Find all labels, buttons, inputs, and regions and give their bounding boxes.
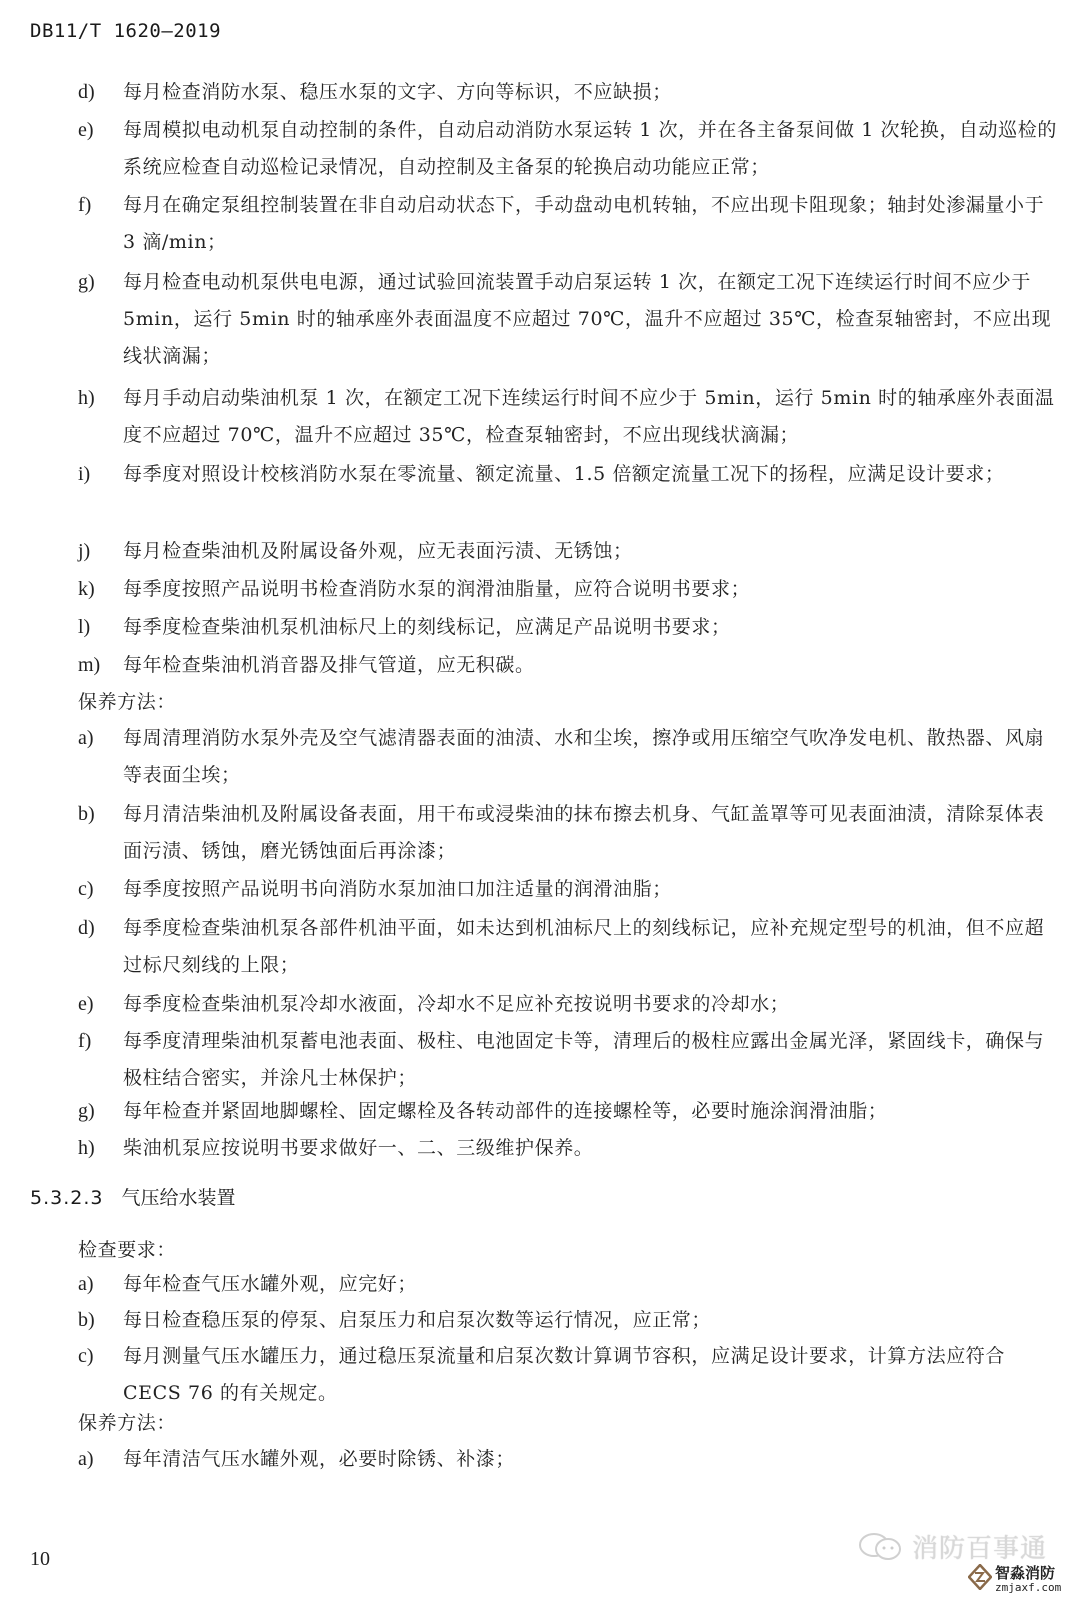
list-item: g) 每月检查电动机泵供电电源，通过试验回流装置手动启泵运转 1 次，在额定工况…: [78, 264, 1058, 375]
item-text: 柴油机泵应按说明书要求做好一、二、三级维护保养。: [123, 1130, 1058, 1167]
brand-logo-icon: [968, 1564, 992, 1594]
standard-code-header: DB11/T 1620—2019: [30, 20, 221, 42]
item-label: f): [78, 187, 118, 224]
item-label: d): [78, 74, 118, 111]
maintenance-heading: 保养方法：: [78, 1405, 176, 1442]
brand-url: zmjaxf.com: [995, 1581, 1061, 1594]
item-label: e): [78, 112, 118, 149]
item-text: 每季度按照产品说明书向消防水泵加油口加注适量的润滑油脂；: [123, 871, 1058, 908]
section-heading: 5.3.2.3气压给水装置: [30, 1183, 236, 1210]
item-text: 每季度检查柴油机泵冷却水液面，冷却水不足应补充按说明书要求的冷却水；: [123, 986, 1058, 1023]
item-text: 每年检查并紧固地脚螺栓、固定螺栓及各转动部件的连接螺栓等，必要时施涂润滑油脂；: [123, 1093, 1058, 1130]
item-label: a): [78, 1266, 118, 1303]
item-text: 每年检查气压水罐外观，应完好；: [123, 1266, 1058, 1303]
item-text: 每季度检查柴油机泵机油标尺上的刻线标记，应满足产品说明书要求；: [123, 609, 1058, 646]
item-label: a): [78, 720, 118, 757]
watermark: 消防百事通 智淼消防 zmjaxf.com: [858, 1528, 1080, 1598]
item-text: 每月在确定泵组控制装置在非自动启动状态下，手动盘动电机转轴，不应出现卡阻现象；轴…: [123, 187, 1058, 261]
item-text: 每月检查柴油机及附属设备外观，应无表面污渍、无锈蚀；: [123, 533, 1058, 570]
list-item: b) 每月清洁柴油机及附属设备表面，用干布或浸柴油的抹布擦去机身、气缸盖罩等可见…: [78, 796, 1058, 870]
item-text: 每年检查柴油机消音器及排气管道，应无积碳。: [123, 647, 1058, 684]
item-text: 每季度按照产品说明书检查消防水泵的润滑油脂量，应符合说明书要求；: [123, 571, 1058, 608]
item-label: i): [78, 456, 118, 493]
item-text: 每季度清理柴油机泵蓄电池表面、极柱、电池固定卡等，清理后的极柱应露出金属光泽，紧…: [123, 1023, 1058, 1097]
list-item: c) 每季度按照产品说明书向消防水泵加油口加注适量的润滑油脂；: [78, 871, 1058, 908]
list-item: c) 每月测量气压水罐压力，通过稳压泵流量和启泵次数计算调节容积，应满足设计要求…: [78, 1338, 1058, 1412]
item-text: 每周清理消防水泵外壳及空气滤清器表面的油渍、水和尘埃，擦净或用压缩空气吹净发电机…: [123, 720, 1058, 794]
item-label: g): [78, 1093, 118, 1130]
list-item: f) 每季度清理柴油机泵蓄电池表面、极柱、电池固定卡等，清理后的极柱应露出金属光…: [78, 1023, 1058, 1097]
item-label: h): [78, 380, 118, 417]
item-label: m): [78, 647, 118, 684]
item-text: 每月清洁柴油机及附属设备表面，用干布或浸柴油的抹布擦去机身、气缸盖罩等可见表面油…: [123, 796, 1058, 870]
brand-name: 智淼消防: [995, 1565, 1061, 1581]
maintenance-heading: 保养方法：: [78, 684, 176, 721]
list-item: a) 每周清理消防水泵外壳及空气滤清器表面的油渍、水和尘埃，擦净或用压缩空气吹净…: [78, 720, 1058, 794]
item-text: 每年清洁气压水罐外观，必要时除锈、补漆；: [123, 1441, 1058, 1478]
item-label: b): [78, 796, 118, 833]
item-label: h): [78, 1130, 118, 1167]
item-text: 每季度对照设计校核消防水泵在零流量、额定流量、1.5 倍额定流量工况下的扬程，应…: [123, 456, 1058, 493]
item-label: c): [78, 1338, 118, 1375]
section-title: 气压给水装置: [121, 1187, 235, 1209]
item-text: 每月手动启动柴油机泵 1 次，在额定工况下连续运行时间不应少于 5min，运行 …: [123, 380, 1058, 454]
item-label: e): [78, 986, 118, 1023]
item-label: d): [78, 910, 118, 947]
item-label: c): [78, 871, 118, 908]
list-item: i) 每季度对照设计校核消防水泵在零流量、额定流量、1.5 倍额定流量工况下的扬…: [78, 456, 1058, 493]
item-text: 每日检查稳压泵的停泵、启泵压力和启泵次数等运行情况，应正常；: [123, 1302, 1058, 1339]
item-text: 每周模拟电动机泵自动控制的条件，自动启动消防水泵运转 1 次，并在各主备泵间做 …: [123, 112, 1058, 186]
watermark-text: 消防百事通: [912, 1528, 1047, 1565]
item-label: j): [78, 533, 118, 570]
list-item: d) 每季度检查柴油机泵各部件机油平面，如未达到机油标尺上的刻线标记，应补充规定…: [78, 910, 1058, 984]
list-item: f) 每月在确定泵组控制装置在非自动启动状态下，手动盘动电机转轴，不应出现卡阻现…: [78, 187, 1058, 261]
item-label: a): [78, 1441, 118, 1478]
list-item: a) 每年清洁气压水罐外观，必要时除锈、补漆；: [78, 1441, 1058, 1478]
item-label: l): [78, 609, 118, 646]
list-item: a) 每年检查气压水罐外观，应完好；: [78, 1266, 1058, 1303]
list-item: b) 每日检查稳压泵的停泵、启泵压力和启泵次数等运行情况，应正常；: [78, 1302, 1058, 1339]
item-text: 每月测量气压水罐压力，通过稳压泵流量和启泵次数计算调节容积，应满足设计要求，计算…: [123, 1338, 1058, 1412]
list-item: m) 每年检查柴油机消音器及排气管道，应无积碳。: [78, 647, 1058, 684]
page-number: 10: [30, 1548, 50, 1571]
list-item: d) 每月检查消防水泵、稳压水泵的文字、方向等标识，不应缺损；: [78, 74, 1058, 111]
list-item: h) 每月手动启动柴油机泵 1 次，在额定工况下连续运行时间不应少于 5min，…: [78, 380, 1058, 454]
item-text: 每月检查电动机泵供电电源，通过试验回流装置手动启泵运转 1 次，在额定工况下连续…: [123, 264, 1058, 375]
item-text: 每月检查消防水泵、稳压水泵的文字、方向等标识，不应缺损；: [123, 74, 1058, 111]
item-label: b): [78, 1302, 118, 1339]
list-item: h) 柴油机泵应按说明书要求做好一、二、三级维护保养。: [78, 1130, 1058, 1167]
list-item: j) 每月检查柴油机及附属设备外观，应无表面污渍、无锈蚀；: [78, 533, 1058, 570]
section-number: 5.3.2.3: [30, 1187, 103, 1209]
item-label: g): [78, 264, 118, 301]
list-item: e) 每周模拟电动机泵自动控制的条件，自动启动消防水泵运转 1 次，并在各主备泵…: [78, 112, 1058, 186]
inspection-heading: 检查要求：: [78, 1232, 176, 1269]
item-text: 每季度检查柴油机泵各部件机油平面，如未达到机油标尺上的刻线标记，应补充规定型号的…: [123, 910, 1058, 984]
wechat-icon: [858, 1532, 906, 1562]
item-label: k): [78, 571, 118, 608]
item-label: f): [78, 1023, 118, 1060]
list-item: l) 每季度检查柴油机泵机油标尺上的刻线标记，应满足产品说明书要求；: [78, 609, 1058, 646]
list-item: e) 每季度检查柴油机泵冷却水液面，冷却水不足应补充按说明书要求的冷却水；: [78, 986, 1058, 1023]
list-item: g) 每年检查并紧固地脚螺栓、固定螺栓及各转动部件的连接螺栓等，必要时施涂润滑油…: [78, 1093, 1058, 1130]
list-item: k) 每季度按照产品说明书检查消防水泵的润滑油脂量，应符合说明书要求；: [78, 571, 1058, 608]
